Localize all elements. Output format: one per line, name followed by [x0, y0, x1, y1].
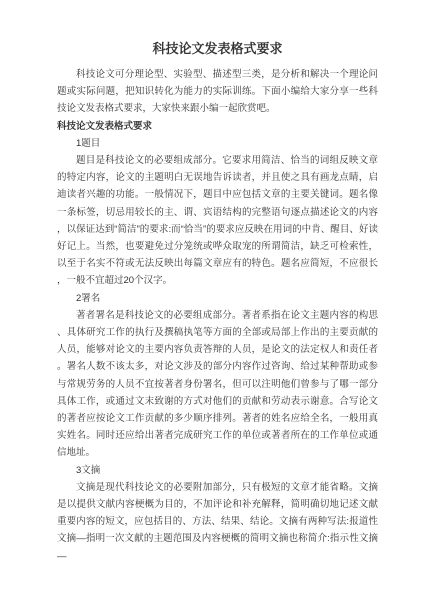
section-heading: 科技论文发表格式要求 — [57, 118, 378, 135]
page-title: 科技论文发表格式要求 — [57, 40, 378, 58]
section-1-label: 1题目 — [57, 135, 378, 152]
section-2-body: 著者署名是科技论文的必要组成部分。著者系指在论文主题内容的构思、具体研究工作的执… — [57, 307, 378, 462]
section-1-body: 题目是科技论文的必要组成部分。它要求用简洁、恰当的词组反映文章的特定内容，论文的… — [57, 152, 378, 290]
intro-paragraph: 科技论文可分理论型、实验型、描述型三类，是分析和解决一个理论问题或实际问题，把知… — [57, 66, 378, 118]
section-3-label: 3文摘 — [57, 462, 378, 479]
section-3-body: 文摘是现代科技论文的必要附加部分，只有极短的文章才能省略。文摘是以提供文献内容梗… — [57, 479, 378, 565]
document-page: 科技论文发表格式要求 科技论文可分理论型、实验型、描述型三类，是分析和解决一个理… — [0, 0, 424, 600]
section-2-label: 2署名 — [57, 290, 378, 307]
